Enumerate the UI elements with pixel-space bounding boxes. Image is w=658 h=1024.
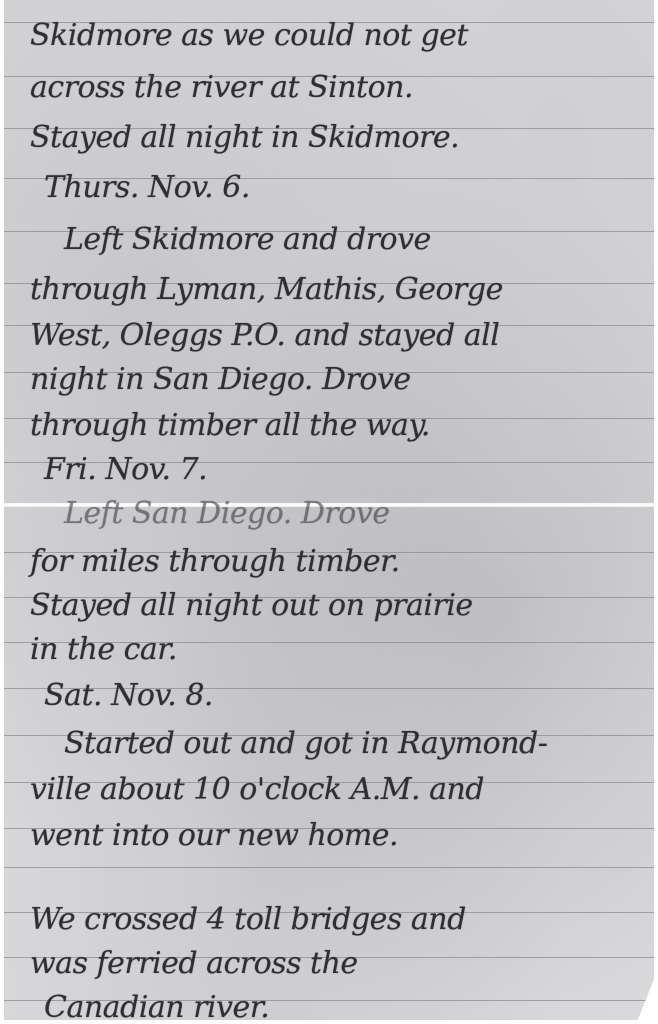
text-line: was ferried across the [30,946,358,981]
ruled-line [4,867,654,868]
date-heading: Thurs. Nov. 6. [44,170,250,205]
text-line: Canadian river. [44,990,269,1024]
text-line: Skidmore as we could not get [30,18,468,53]
text-line: across the river at Sinton. [30,70,413,105]
text-line: night in San Diego. Drove [30,362,411,397]
text-line: We crossed 4 toll bridges and [30,902,466,937]
text-line: for miles through timber. [30,544,400,579]
text-line: Left Skidmore and drove [64,222,431,257]
text-line: ville about 10 o'clock A.M. and [30,772,484,807]
date-heading: Sat. Nov. 8. [44,678,213,713]
text-line: West, Oleggs P.O. and stayed all [30,318,499,353]
diary-page: Skidmore as we could not get across the … [4,0,654,1020]
text-line: through Lyman, Mathis, George [30,272,503,307]
text-line: Left San Diego. Drove [64,496,390,531]
date-heading: Fri. Nov. 7. [44,452,207,487]
text-line: Started out and got in Raymond- [64,726,547,761]
text-line: went into our new home. [30,818,398,853]
text-line: Stayed all night out on prairie [30,588,473,623]
text-line: through timber all the way. [30,408,430,443]
text-line: Stayed all night in Skidmore. [30,120,459,155]
text-line: in the car. [30,632,177,667]
